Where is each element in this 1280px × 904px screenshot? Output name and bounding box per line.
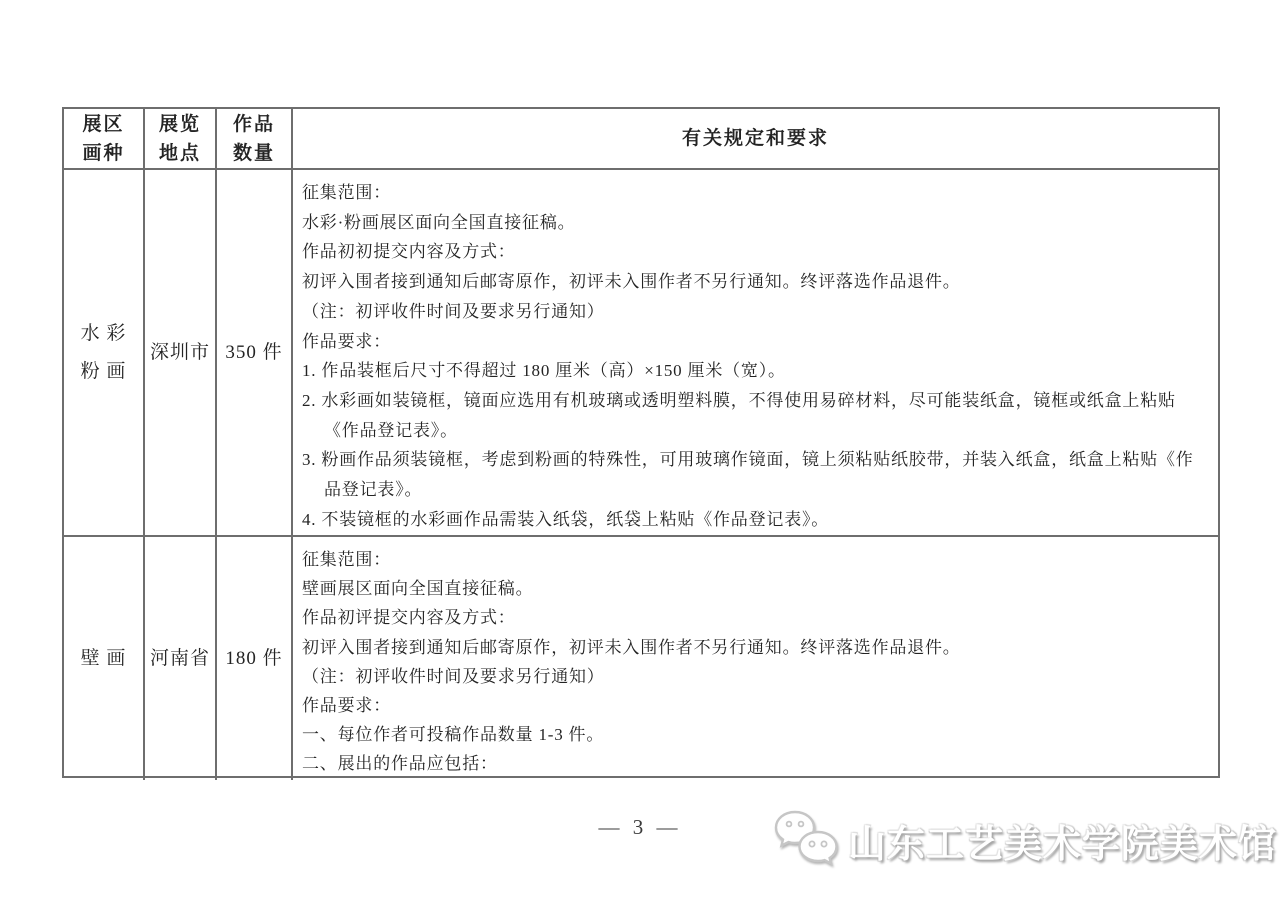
row1-quantity: 350 件: [217, 170, 293, 537]
header-cell-requirements: 有关规定和要求: [293, 109, 1218, 170]
row2-category: 壁 画: [64, 537, 145, 780]
requirement-line: 作品要求：: [302, 691, 1218, 720]
wechat-icon: [768, 806, 844, 874]
requirement-line: 初评入围者接到通知后邮寄原作，初评未入围作者不另行通知。终评落选作品退件。: [302, 633, 1218, 662]
header-cell-quantity: 作品 数量: [217, 109, 293, 170]
header-cell-category: 展区 画种: [64, 109, 145, 170]
requirement-line: 3. 粉画作品须装镜框，考虑到粉画的特殊性，可用玻璃作镜面，镜上须粘贴纸胶带，并…: [302, 445, 1218, 475]
requirement-line: （注：初评收件时间及要求另行通知）: [302, 662, 1218, 691]
requirement-line: 品登记表》。: [302, 475, 1218, 505]
requirement-line: 征集范围：: [302, 178, 1218, 208]
row1-requirements: 征集范围： 水彩·粉画展区面向全国直接征稿。 作品初初提交内容及方式： 初评入围…: [293, 170, 1218, 537]
requirement-line: 作品要求：: [302, 327, 1218, 357]
row2-requirements: 征集范围： 壁画展区面向全国直接征稿。 作品初评提交内容及方式： 初评入围者接到…: [293, 537, 1218, 780]
row1-category: 水 彩 粉 画: [64, 170, 145, 537]
requirement-line: 《作品登记表》。: [302, 416, 1218, 446]
watermark-text: 山东工艺美术学院美术馆: [848, 813, 1277, 868]
row2-location: 河南省: [145, 537, 217, 780]
row2-quantity: 180 件: [217, 537, 293, 780]
requirement-line: 壁画展区面向全国直接征稿。: [302, 574, 1218, 603]
requirement-line: 征集范围：: [302, 545, 1218, 574]
requirement-line: 4. 不装镜框的水彩画作品需装入纸袋，纸袋上粘贴《作品登记表》。: [302, 505, 1218, 535]
requirement-line: 2. 水彩画如装镜框，镜面应选用有机玻璃或透明塑料膜，不得使用易碎材料，尽可能装…: [302, 386, 1218, 416]
watermark: 山东工艺美术学院美术馆: [768, 806, 1277, 874]
regulations-table: 展区 画种 展览 地点 作品 数量 有关规定和要求 水 彩 粉 画 深圳市 35…: [62, 107, 1220, 778]
requirement-line: 水彩·粉画展区面向全国直接征稿。: [302, 208, 1218, 238]
requirement-line: 作品初初提交内容及方式：: [302, 237, 1218, 267]
requirement-line: 一、每位作者可投稿作品数量 1-3 件。: [302, 720, 1218, 749]
requirement-line: 作品初评提交内容及方式：: [302, 603, 1218, 632]
header-cell-location: 展览 地点: [145, 109, 217, 170]
requirement-line: 1. 作品装框后尺寸不得超过 180 厘米（高）×150 厘米（宽）。: [302, 356, 1218, 386]
requirement-line: 二、展出的作品应包括：: [302, 749, 1218, 778]
requirement-line: 初评入围者接到通知后邮寄原作，初评未入围作者不另行通知。终评落选作品退件。: [302, 267, 1218, 297]
row1-location: 深圳市: [145, 170, 217, 537]
requirement-line: （注：初评收件时间及要求另行通知）: [302, 297, 1218, 327]
